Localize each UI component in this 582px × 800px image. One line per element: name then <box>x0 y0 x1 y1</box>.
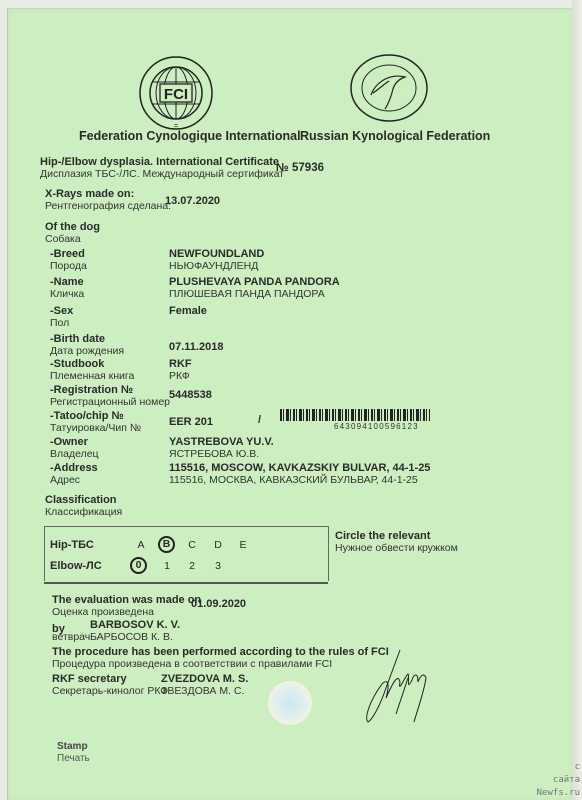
rkf-logo-icon <box>349 53 429 123</box>
elbow-label: Elbow-ЛС <box>50 560 102 573</box>
circle-note-ru: Нужное обвести кружком <box>335 542 458 555</box>
name-value-ru: ПЛЮШЕВАЯ ПАНДА ПАНДОРА <box>169 288 325 301</box>
rkf-caption: Russian Kynological Federation <box>300 129 490 143</box>
name-label-ru: Кличка <box>50 288 84 301</box>
signature-icon <box>360 648 450 728</box>
sex-label-ru: Пол <box>50 317 69 330</box>
elbow-grade-0-selected[interactable]: 0 <box>130 557 147 574</box>
watermark-line-1: с <box>575 762 580 772</box>
xray-label-ru: Рентгенография сделана: <box>45 200 171 213</box>
certificate-title-ru: Дисплазия ТБС-/ЛС. Международный сертифи… <box>40 168 284 181</box>
fci-logo-icon: FCI = <box>138 55 214 131</box>
secretary-label-ru: Секретарь-кинолог РКФ <box>52 685 168 698</box>
xray-date: 13.07.2020 <box>165 195 220 208</box>
procedure-text-ru: Процедура произведена в соответствии с п… <box>52 658 332 671</box>
vet-label-ru: ветврач <box>52 631 90 644</box>
fci-caption: Federation Cynologique International <box>79 129 301 143</box>
stamp-label-ru: Печать <box>57 752 90 765</box>
chip-separator: / <box>258 414 261 427</box>
secretary-name-ru: ЗВЕЗДОВА М. С. <box>161 685 244 698</box>
svg-text:FCI: FCI <box>164 86 188 103</box>
elbow-grade-2[interactable]: 2 <box>185 560 199 572</box>
registration-value: 5448538 <box>169 389 212 402</box>
classification-label-ru: Классификация <box>45 506 122 519</box>
address-label-ru: Адрес <box>50 474 80 487</box>
evaluation-label-ru: Оценка произведена <box>52 606 154 619</box>
watermark-line-3: Newfs.ru <box>537 788 580 798</box>
vet-name-ru: БАРБОСОВ К. В. <box>90 631 173 644</box>
hip-label: Hip-ТБС <box>50 539 94 552</box>
tattoo-value: EER 201 <box>169 416 213 429</box>
chip-barcode <box>280 409 430 421</box>
sex-value: Female <box>169 305 207 318</box>
classification-divider <box>44 582 328 584</box>
evaluation-date: 01.09.2020 <box>191 598 246 611</box>
elbow-grade-1[interactable]: 1 <box>160 560 174 572</box>
breed-value-ru: НЬЮФАУНДЛЕНД <box>169 260 258 273</box>
dog-section-label-ru: Собака <box>45 233 81 246</box>
hip-grade-e[interactable]: E <box>236 539 250 551</box>
owner-label-ru: Владелец <box>50 448 99 461</box>
chip-label-ru: Татуировка/Чип № <box>50 422 141 435</box>
hologram-seal-icon <box>268 681 312 725</box>
studbook-value-ru: РКФ <box>169 370 190 383</box>
studbook-label-ru: Племенная книга <box>50 370 134 383</box>
address-value-ru: 115516, МОСКВА, КАВКАЗСКИЙ БУЛЬВАР, 44-1… <box>169 474 418 487</box>
elbow-grade-3[interactable]: 3 <box>211 560 225 572</box>
hip-grade-b-selected[interactable]: B <box>158 536 175 553</box>
hip-grade-d[interactable]: D <box>211 539 225 551</box>
birth-date-label-ru: Дата рождения <box>50 345 124 358</box>
owner-value-ru: ЯСТРЕБОВА Ю.В. <box>169 448 259 461</box>
certificate-number: № 57936 <box>276 162 324 175</box>
watermark-line-2: сайта <box>553 775 580 785</box>
chip-number: 643094100596123 <box>334 422 419 431</box>
registration-label-ru: Регистрационный номер <box>50 396 170 409</box>
breed-label-ru: Порода <box>50 260 87 273</box>
hip-grade-a[interactable]: A <box>134 539 148 551</box>
scan-edge <box>572 0 582 800</box>
hip-grade-c[interactable]: C <box>185 539 199 551</box>
birth-date-value: 07.11.2018 <box>169 341 223 354</box>
